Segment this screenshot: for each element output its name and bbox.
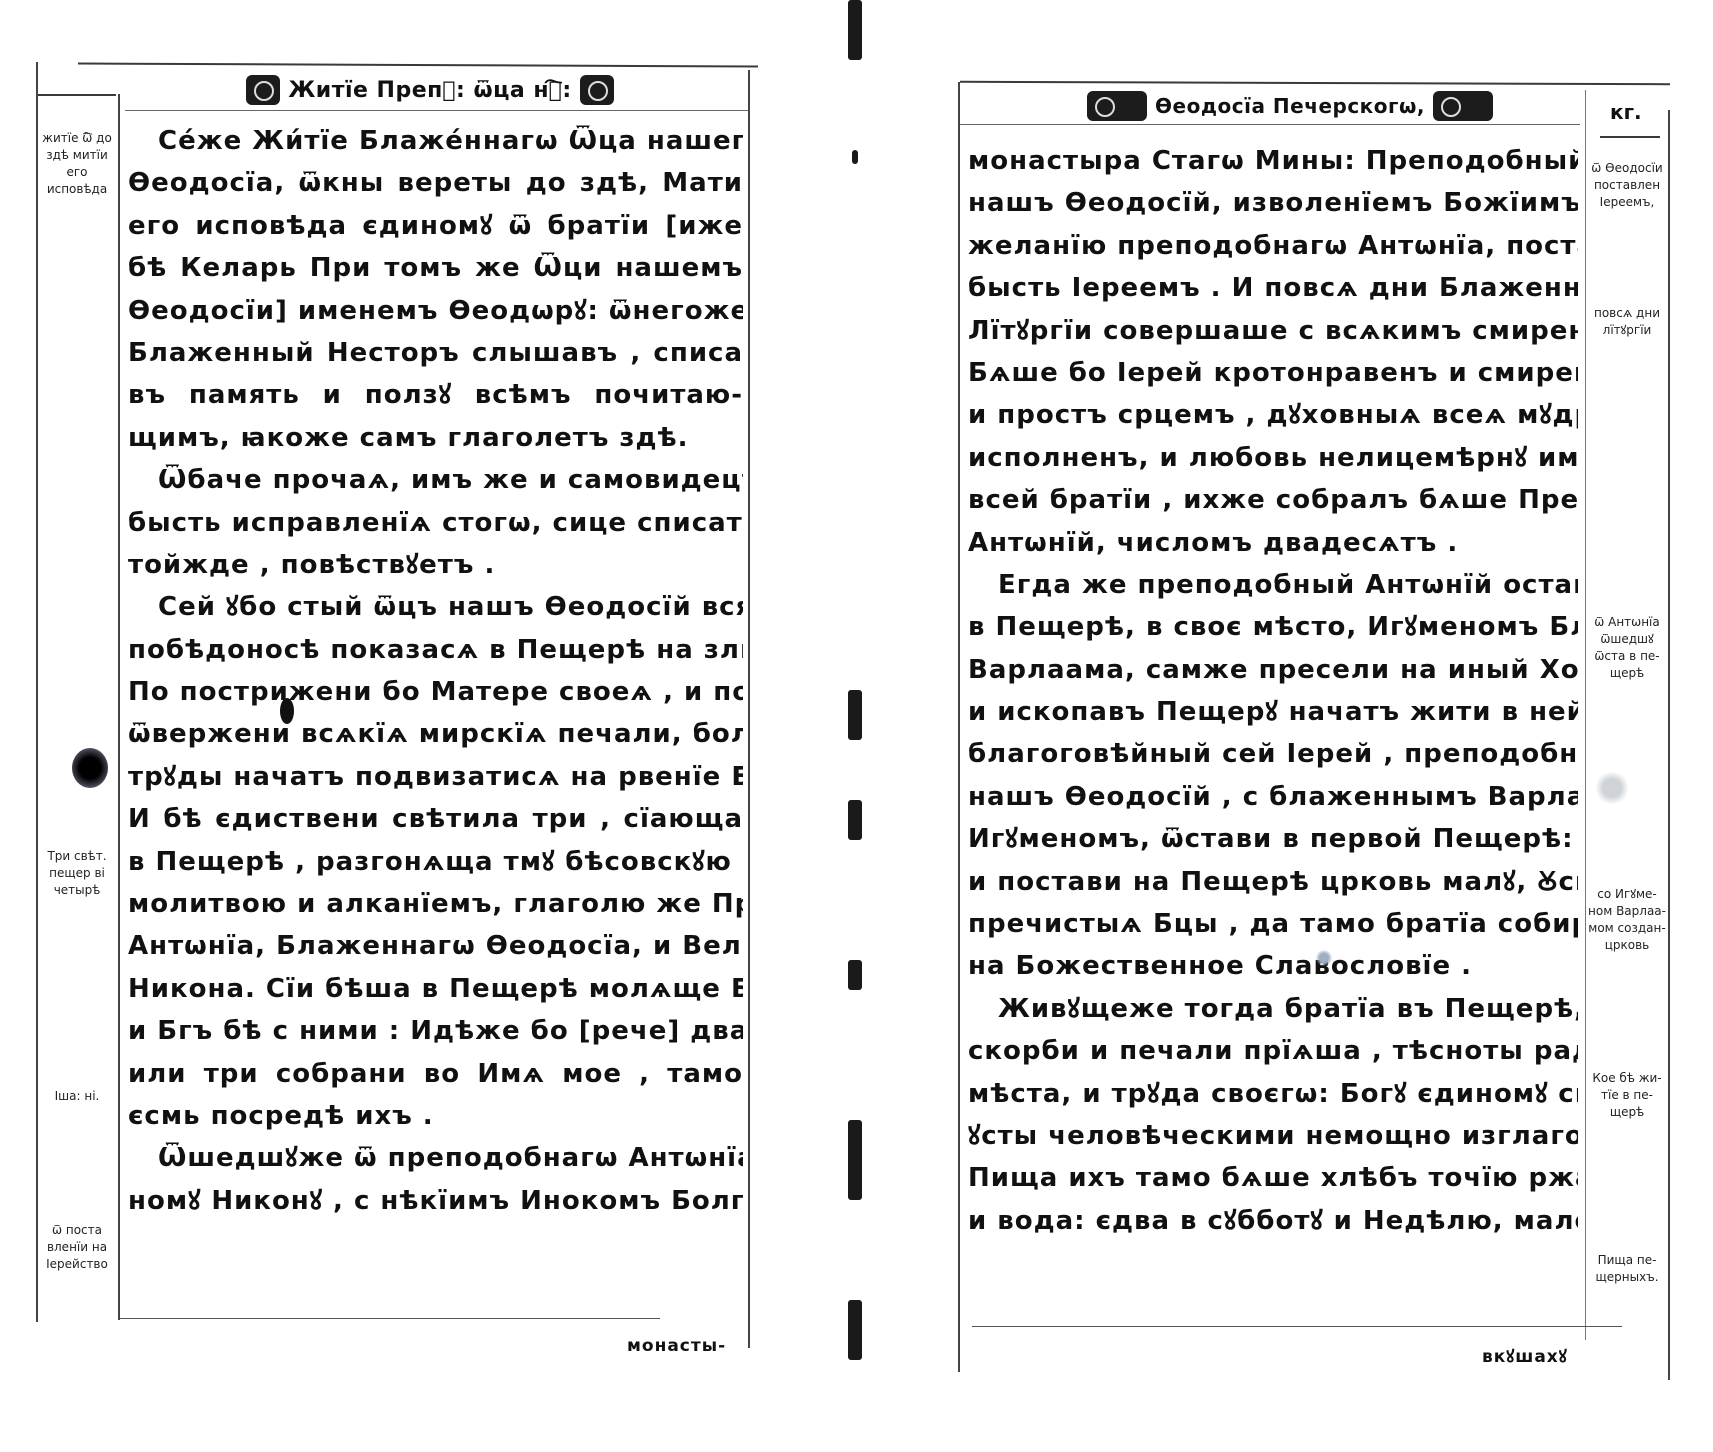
margin-note: ѿ Ѳеодосїи поставлен Іереемъ, [1588,160,1666,211]
left-margin-top-rule [36,94,116,96]
text-line: монастыра Стагѡ Мины: Преподобный ѿцъ [968,140,1578,182]
text-line: бысть Іереемъ . И повсѧ дни Блаженный [968,267,1578,309]
text-line: По пострижени бо Матере своеѧ , и по [128,671,743,713]
text-line: Антѡнїй, числомъ двадесѧтъ . [968,522,1578,564]
text-line: Лїтꙋргїи совершаше с всѧкимъ смиренїемъ. [968,310,1578,352]
text-line: скорби и печали прїѧша , тѣсноты ради [968,1030,1578,1072]
text-line: на Божественное Славословїе . [968,945,1578,987]
text-line: или три собрани во Имѧ мое , тамо [128,1053,743,1095]
text-line: єсмь посредѣ ихъ . [128,1095,743,1137]
text-line: тойжде , повѣствꙋетъ . [128,544,743,586]
paper-stain [1596,772,1628,804]
text-line: и вода: єдва в сꙋбботꙋ и Недѣлю, мало ѿ … [968,1200,1578,1242]
left-margin-divider [118,94,120,1320]
text-line: побѣдоносѣ показасѧ в Пещерѣ на злыѧ дꙋх… [128,629,743,671]
text-line: щимъ, ꙗкоже самъ глаголетъ здѣ. [128,417,743,459]
ornament-icon [1087,91,1147,121]
text-line: бѣ Келарь При томъ же Ѿци нашемъ [128,247,743,289]
text-line: въ память и ползꙋ всѣмъ почитаю- [128,374,743,416]
text-line: Пища ихъ тамо бѧше хлѣбъ точїю ржанъ, [968,1157,1578,1199]
ink-blot [72,748,108,788]
text-line: пречистыѧ Бцы , да тамо братїа собиратис… [968,903,1578,945]
text-line: трꙋды начатъ подвизатисѧ на рвенїе Божїе… [128,756,743,798]
right-top-rule [960,81,1670,85]
text-line: Живꙋщеже тогда братїа въ Пещерѣ, єлико [968,988,1578,1030]
text-line: ꙋсты человѣческими немощно изглаголати. [968,1115,1578,1157]
ink-blot [280,698,294,724]
text-line: Сей ꙋбо стый ѿцъ нашъ Ѳеодосїй всякопо- [128,586,743,628]
text-line: желанїю преподобнагѡ Антѡнїа, поставленъ [968,225,1578,267]
text-line: Антѡнїа, Блаженнагѡ Ѳеодосїа, и Великагѡ [128,925,743,967]
text-line: его исповѣда єдиномꙋ ѿ братїи [иже [128,205,743,247]
right-bottom-rule [972,1326,1622,1327]
margin-note: ѿ поста вленїи на Іерейство [38,1222,116,1273]
text-line: молитвою и алканїемъ, глаголю же Преподо… [128,883,743,925]
paper-stain [1316,950,1332,966]
text-line: и постави на Пещерѣ црковь малꙋ, Ꙋспенїа [968,861,1578,903]
text-line: Блаженный Несторъ слышавъ , списа [128,332,743,374]
margin-note: Іша: ні. [38,1088,116,1105]
right-catchword: вкꙋшахꙋ [1482,1344,1568,1367]
right-folio-rule [1600,136,1660,138]
text-line: исполненъ, и любовь нелицемѣрнꙋ имѧше ко [968,437,1578,479]
text-line: и Бгъ бѣ с ними : Идѣже бо [рече] два [128,1010,743,1052]
text-line: Ѿшедшꙋже ѿ преподобнагѡ Антѡнїа, блаже- [128,1137,743,1179]
text-line: бысть исправленїѧ стогѡ, сице списатель [128,502,743,544]
left-inner-frame [748,70,750,1348]
left-outer-frame [36,62,38,1322]
text-line: мѣста, и трꙋда своєгѡ: Богꙋ єдиномꙋ свѣд… [968,1073,1578,1115]
text-line: в Пещерѣ , разгонѧща тмꙋ бѣсовскꙋю , [128,841,743,883]
right-head-rule [960,124,1580,125]
text-line: Егда же преподобный Антѡнїй остави братї… [968,564,1578,606]
text-line: ѿвержени всѧкїѧ мирскїѧ печали, болшими [128,713,743,755]
text-line: благоговѣйный сей Іерей , преподобный ѿц… [968,733,1578,775]
margin-note: Пища пе- щерныхъ. [1588,1252,1666,1286]
margin-note: Кое бѣ жи- тїе в пе- щерѣ [1588,1070,1666,1121]
text-line: и простъ срцемъ , дꙋховныѧ всеѧ мꙋдрости… [968,394,1578,436]
book-gutter [848,0,862,1452]
text-line: И бѣ єдиствени свѣтила три , сїающа [128,798,743,840]
text-line: Игꙋменомъ, ѿстави в первой Пещерѣ: с ним… [968,818,1578,860]
right-text-column: монастыра Стагѡ Мины: Преподобный ѿцънаш… [968,140,1578,1242]
folio-number: кг. [1610,100,1642,124]
margin-note: житїе ѿ҇ до здѣ митїи его исповѣда [38,130,116,198]
left-top-rule [78,63,758,68]
ornament-icon [246,75,280,105]
margin-note: повсѧ дни лїтꙋргїи [1588,305,1666,339]
right-outer-frame [1668,110,1670,1380]
text-line: в Пещерѣ, в своє мѣсто, Игꙋменомъ Блажен… [968,606,1578,648]
text-line: Бѧше бо Іерей кротонравенъ и смиренъ , [968,352,1578,394]
text-line: Ѳеодосїа, ѿкны вереты до здѣ, Мати [128,162,743,204]
text-line: номꙋ Никонꙋ , с нѣкїимъ Инокомъ Болгарїк… [128,1180,743,1222]
margin-note: Три свѣт. пещер ві четырѣ [38,848,116,899]
left-running-head: Житїе Препⷣ: ѿца нⷲ҇: [240,70,620,110]
right-running-head: Ѳеодосїа Печерскогѡ, [1080,88,1500,124]
text-line: нашъ Ѳеодосїй, изволенїемъ Божїимъ по- [968,182,1578,224]
margin-note: ѿ Антѡнїа ѿшедшꙋ ѿста в пе- щерѣ [1588,614,1666,682]
text-line: Се́же Жи́тїе Блаже́ннагѡ Ѿца нашегѡ [128,120,743,162]
left-text-column: Се́же Жи́тїе Блаже́ннагѡ Ѿца нашегѡѲеодо… [128,120,743,1222]
running-head-text: Ѳеодосїа Печерскогѡ, [1155,94,1425,118]
text-line: Никона. Сїи бѣша в Пещерѣ молѧще Бга [128,968,743,1010]
text-line: всей братїи , ихже собралъ бѧше Преподоб… [968,479,1578,521]
text-line: Варлаама, самже пресели на иный Холмъ , [968,649,1578,691]
right-inner-frame [958,82,960,1372]
text-line: Ѿбаче прочаѧ, имъ же и самовидецъ [128,459,743,501]
margin-note: со Игꙋме- ном Варлаа- мом создан- црковь [1588,886,1666,954]
right-margin-divider [1585,90,1586,1340]
left-catchword: монасты- [627,1336,726,1356]
running-head-text: Житїе Препⷣ: ѿца нⷲ҇: [288,78,571,103]
text-line: и ископавъ Пещерꙋ начатъ жити в ней: Тог… [968,691,1578,733]
text-line: нашъ Ѳеодосїй , с блаженнымъ Варлаамомъ [968,776,1578,818]
left-head-rule [125,110,750,111]
left-bottom-rule [120,1318,660,1319]
ornament-icon [580,75,614,105]
text-line: Ѳеодосїи] именемъ Ѳеодѡрꙋ: ѿнегоже [128,290,743,332]
ornament-icon [1433,91,1493,121]
